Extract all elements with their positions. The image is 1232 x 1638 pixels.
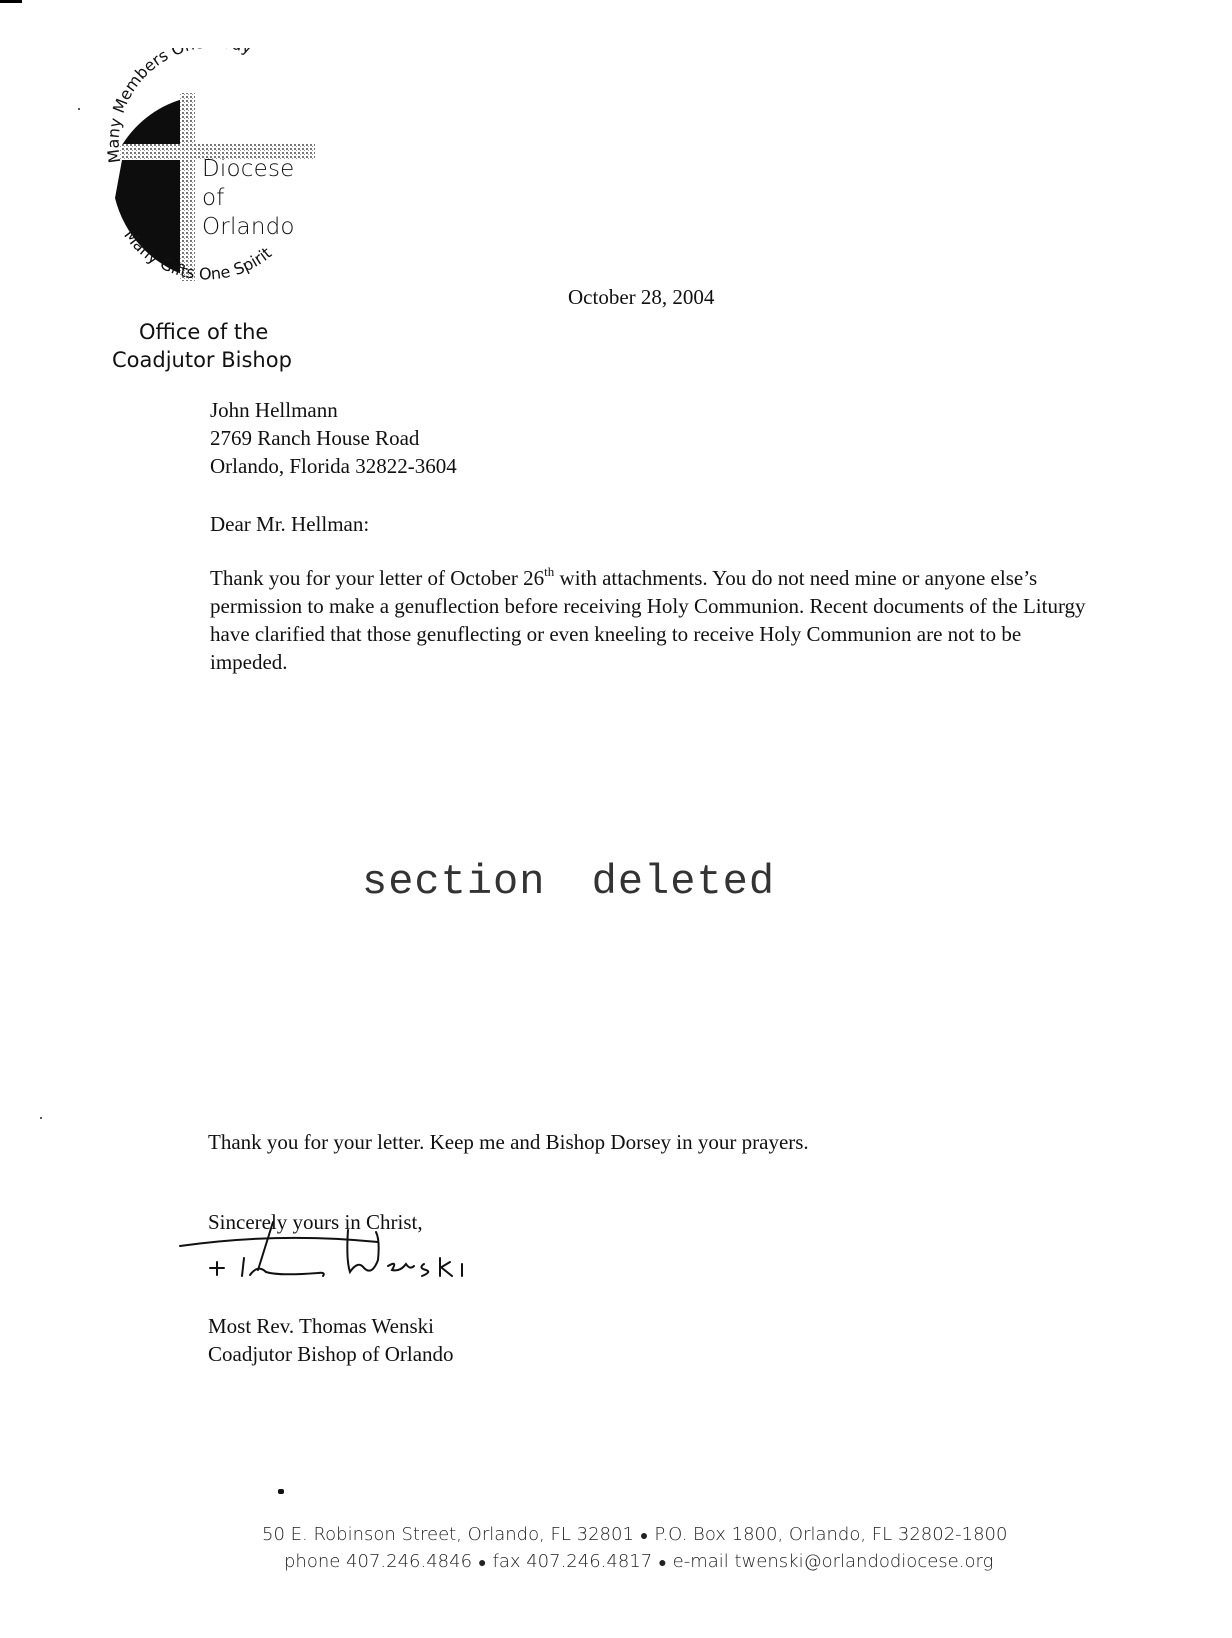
office-title: Office of the Coadjutor Bishop xyxy=(112,318,292,374)
recipient-city: Orlando, Florida 32822-3604 xyxy=(210,452,457,480)
logo-of-text: of xyxy=(202,184,225,213)
scan-speck xyxy=(40,1117,42,1119)
footer-contact-row: phone 407.246.4846●fax 407.246.4817●e-ma… xyxy=(262,1549,1052,1576)
salutation: Dear Mr. Hellman: xyxy=(210,510,369,538)
redaction-notice: section deleted xyxy=(362,858,775,906)
footer-phone: phone 407.246.4846 xyxy=(284,1551,472,1572)
office-line-1: Office of the xyxy=(112,318,292,346)
signer-title: Coadjutor Bishop of Orlando xyxy=(208,1340,454,1368)
bullet-icon: ● xyxy=(472,1555,492,1571)
signer-block: Most Rev. Thomas Wenski Coadjutor Bishop… xyxy=(208,1312,454,1368)
recipient-address: John Hellmann 2769 Ranch House Road Orla… xyxy=(210,396,457,480)
footer-fax: fax 407.246.4817 xyxy=(492,1551,652,1572)
signer-name: Most Rev. Thomas Wenski xyxy=(208,1312,454,1340)
recipient-name: John Hellmann xyxy=(210,396,457,424)
letter-date: October 28, 2004 xyxy=(568,283,714,311)
paragraph-1-text: Thank you for your letter of October 26 xyxy=(210,566,544,590)
bullet-icon: ● xyxy=(634,1528,654,1544)
ink-spot xyxy=(278,1489,284,1494)
body-paragraph-1: Thank you for your letter of October 26t… xyxy=(210,564,1090,676)
footer-address-row: 50 E. Robinson Street, Orlando, FL 32801… xyxy=(262,1522,1052,1549)
logo-orlando-text: Orlando xyxy=(202,213,295,242)
body-paragraph-2: Thank you for your letter. Keep me and B… xyxy=(208,1128,809,1156)
scan-speck xyxy=(78,108,80,110)
bullet-icon: ● xyxy=(652,1555,672,1571)
footer-email[interactable]: e-mail twenski@orlandodiocese.org xyxy=(673,1551,994,1572)
diocese-logo: Many Members One Body Many Gifts One Spi… xyxy=(82,48,342,308)
ordinal-suffix: th xyxy=(544,564,554,579)
logo-diocese-text: Diocese xyxy=(202,155,295,184)
scan-edge-mark xyxy=(0,0,22,3)
signature xyxy=(178,1220,498,1286)
office-line-2: Coadjutor Bishop xyxy=(112,346,292,374)
footer-po-box: P.O. Box 1800, Orlando, FL 32802-1800 xyxy=(654,1524,1007,1545)
handwritten-signature-icon xyxy=(178,1220,498,1286)
recipient-street: 2769 Ranch House Road xyxy=(210,424,457,452)
letterhead-footer: 50 E. Robinson Street, Orlando, FL 32801… xyxy=(262,1522,1052,1576)
footer-street: 50 E. Robinson Street, Orlando, FL 32801 xyxy=(262,1524,634,1545)
